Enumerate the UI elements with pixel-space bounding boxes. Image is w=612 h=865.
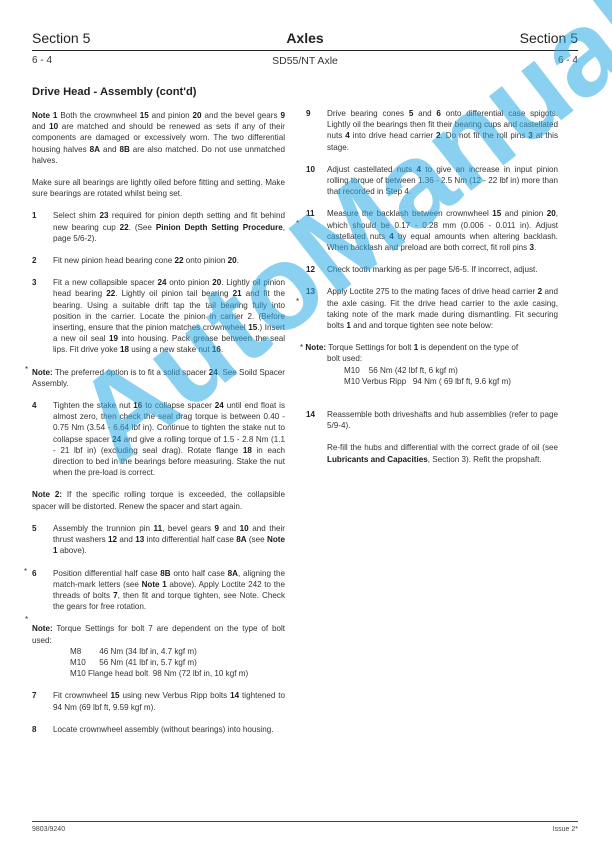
step-10: 10Adjust castellated nuts 4 to give an i… — [306, 164, 558, 198]
note-bolt-1-torque: * Note: Torque Settings for bolt 1 is de… — [300, 342, 558, 387]
right-column: 9Drive bearing cones 5 and 6 onto differ… — [306, 108, 558, 476]
step-11: *11Measure the backlash between crownwhe… — [306, 208, 558, 253]
step-1: 1Select shim 23 required for pinion dept… — [32, 210, 285, 244]
issue-number: Issue 2* — [553, 826, 578, 833]
step-13: *13Apply Loctite 275 to the mating faces… — [306, 286, 558, 331]
section-label-right: Section 5 — [520, 30, 578, 46]
change-asterisk: * — [25, 614, 28, 625]
header-rule — [32, 50, 578, 51]
step-12: 12Check tooth marking as per page 5/6-5.… — [306, 264, 558, 275]
torque-table-bolt-7: M8 46 Nm (34 lbf in, 4.7 kgf m) M10 56 N… — [32, 646, 285, 680]
change-asterisk: * — [25, 364, 28, 375]
sub-header: 6 - 4 SD55/NT Axle 6 - 4 — [32, 55, 578, 66]
step-8: 8Locate crownwheel assembly (without bea… — [32, 724, 285, 735]
note-2: Note 2: If the specific rolling torque i… — [32, 489, 285, 511]
footer-rule — [32, 821, 578, 822]
change-asterisk: * — [296, 218, 299, 229]
page-number-right: 6 - 4 — [558, 55, 578, 66]
left-column: Note 1 Both the crownwheel 15 and pinion… — [32, 110, 285, 746]
step-2: 2Fit new pinion head bearing cone 22 ont… — [32, 255, 285, 266]
change-asterisk: * — [296, 296, 299, 307]
step-14: 14Reassemble both driveshafts and hub as… — [306, 409, 558, 431]
step-5: 5Assembly the trunnion pin 11, bevel gea… — [32, 523, 285, 557]
page-footer: 9803/9240 Issue 2* — [32, 826, 578, 833]
change-asterisk: * — [24, 566, 27, 577]
step-4: 4Tighten the stake nut 16 to collapse sp… — [32, 400, 285, 478]
step-6: *6Position differential half case 8B ont… — [32, 568, 285, 613]
note-1: Note 1 Both the crownwheel 15 and pinion… — [32, 110, 285, 166]
page-header: Section 5 Axles Section 5 — [32, 30, 578, 52]
note-solid-spacer: *Note: The preferred option is to fit a … — [32, 367, 285, 389]
note-bolt-7-torque: * Note: Torque Settings for bolt 7 are d… — [32, 623, 285, 679]
document-number: 9803/9240 — [32, 826, 65, 833]
torque-table-bolt-1: M10 56 Nm (42 lbf ft, 6 kgf m) M10 Verbu… — [300, 365, 558, 387]
page-title: Drive Head - Assembly (cont'd) — [32, 86, 197, 98]
refill-paragraph: Re-fill the hubs and differential with t… — [306, 442, 558, 464]
axle-model: SD55/NT Axle — [32, 55, 578, 67]
step-7: 7Fit crownwheel 15 using new Verbus Ripp… — [32, 690, 285, 712]
chapter-title: Axles — [32, 30, 578, 46]
intro-paragraph: Make sure all bearings are lightly oiled… — [32, 177, 285, 199]
step-3: 3Fit a new collapsible spacer 24 onto pi… — [32, 277, 285, 355]
step-9: 9Drive bearing cones 5 and 6 onto differ… — [306, 108, 558, 153]
